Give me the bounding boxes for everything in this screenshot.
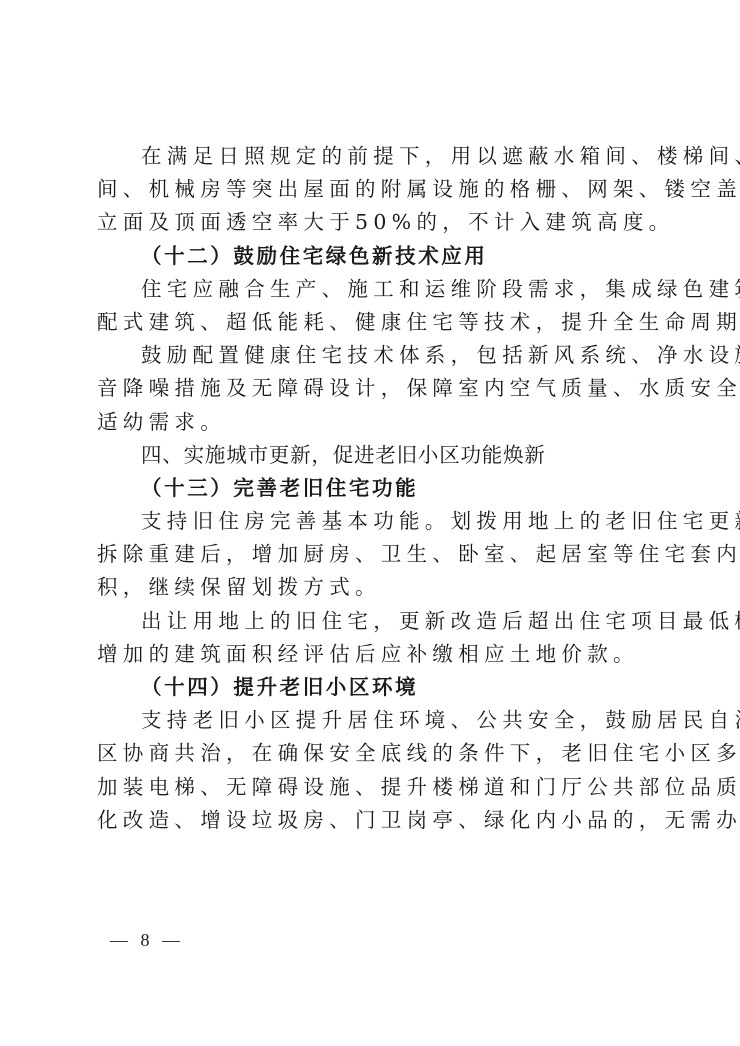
paragraph-line: 积，继续保留划拨方式。	[97, 571, 645, 604]
paragraph-line: 拆除重建后，增加厨房、卫生、卧室、起居室等住宅套内建筑面	[97, 538, 645, 571]
paragraph-line: 配式建筑、超低能耗、健康住宅等技术，提升全生命周期品质。	[97, 306, 645, 339]
subsection-heading: （十四）提升老旧小区环境	[97, 671, 645, 704]
paragraph-line: 化改造、增设垃圾房、门卫岗亭、绿化内小品的，无需办理规划	[97, 804, 645, 837]
paragraph-line: 间、机械房等突出屋面的附属设施的格栅、网架、镂空盖顶，其	[97, 173, 645, 206]
paragraph-line: 在满足日照规定的前提下，用以遮蔽水箱间、楼梯间、电梯	[97, 140, 645, 173]
paragraph-line: 增加的建筑面积经评估后应补缴相应土地价款。	[97, 638, 645, 671]
paragraph-line: 立面及顶面透空率大于50%的，不计入建筑高度。	[97, 206, 645, 239]
paragraph-line: 支持旧住房完善基本功能。划拨用地上的老旧住宅更新改造、	[97, 505, 645, 538]
paragraph-line: 适幼需求。	[97, 406, 645, 439]
paragraph-line: 加装电梯、无障碍设施、提升楼梯道和门厅公共部位品质、适老	[97, 771, 645, 804]
subsection-heading: （十二）鼓励住宅绿色新技术应用	[97, 240, 645, 273]
paragraph-line: 音降噪措施及无障碍设计，保障室内空气质量、水质安全和适老	[97, 372, 645, 405]
paragraph-line: 出让用地上的旧住宅，更新改造后超出住宅项目最低标准的，	[97, 605, 645, 638]
section-heading: 四、实施城市更新，促进老旧小区功能焕新	[97, 439, 645, 472]
paragraph-line: 住宅应融合生产、施工和运维阶段需求，集成绿色建筑、装	[97, 273, 645, 306]
paragraph-line: 区协商共治，在确保安全底线的条件下，老旧住宅小区多层住宅	[97, 737, 645, 770]
paragraph-line: 支持老旧小区提升居住环境、公共安全，鼓励居民自治、社	[97, 704, 645, 737]
subsection-heading: （十三）完善老旧住宅功能	[97, 472, 645, 505]
paragraph-line: 鼓励配置健康住宅技术体系，包括新风系统、净水设施、隔	[97, 339, 645, 372]
page-number: — 8 —	[110, 930, 184, 951]
document-body: 在满足日照规定的前提下，用以遮蔽水箱间、楼梯间、电梯 间、机械房等突出屋面的附属…	[97, 140, 645, 837]
